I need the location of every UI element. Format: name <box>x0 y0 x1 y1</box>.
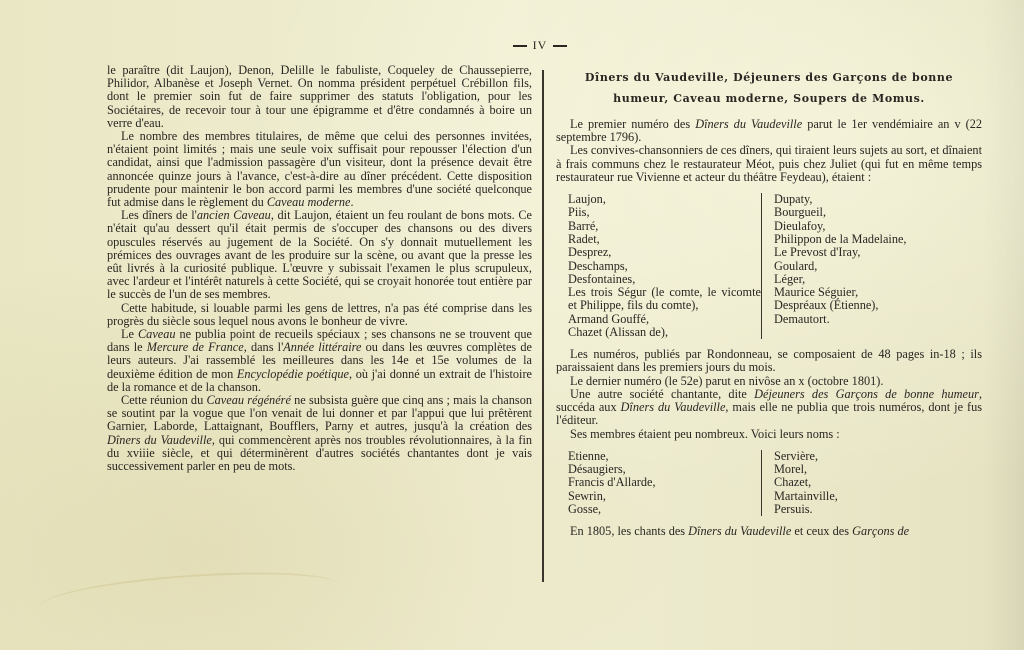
paragraph-text: Le <box>121 327 138 341</box>
paragraph-text: Les numéros, publiés par Rondonneau, se … <box>556 347 982 374</box>
paragraph-text: Le dernier numéro (le 52e) parut en nivô… <box>570 374 883 388</box>
paragraph-text: . <box>350 195 353 209</box>
paragraph: le paraître (dit Laujon), Denon, Delille… <box>107 64 532 130</box>
paragraph-text: Cette réunion du <box>121 393 206 407</box>
paragraph-text: Les dîners de l' <box>121 208 197 222</box>
paragraph: Une autre société chantante, dite Déjeun… <box>556 388 982 428</box>
member-list-left: Laujon, Piis, Barré, Radet, Desprez, Des… <box>556 193 761 339</box>
paragraph: Cette habitude, si louable parmi les gen… <box>107 302 532 328</box>
italic-text: Dîners du Vaudeville <box>621 400 726 414</box>
member-name: Martainville, <box>774 490 838 503</box>
member-name: Radet, <box>568 233 761 246</box>
member-name: Deschamps, <box>568 260 761 273</box>
member-name: Persuis. <box>774 503 838 516</box>
paragraph: Cette réunion du Caveau régénéré ne subs… <box>107 394 532 473</box>
book-page: IV le paraître (dit Laujon), Denon, Deli… <box>0 0 1024 650</box>
italic-text: Dîners du Vaudeville <box>107 433 212 447</box>
paragraph: Les dîners de l'ancien Caveau, dit Laujo… <box>107 209 532 301</box>
member-name: Despréaux (Étienne), <box>774 299 907 312</box>
italic-text: Déjeuners des Garçons de bonne humeur <box>754 387 979 401</box>
member-name: Barré, <box>568 220 761 233</box>
paragraph-text: En 1805, les chants des <box>570 524 688 538</box>
paragraph-text: Le premier numéro des <box>570 117 695 131</box>
paragraph: En 1805, les chants des Dîners du Vaudev… <box>556 525 982 538</box>
italic-text: Caveau moderne <box>267 195 351 209</box>
member-name: Armand Gouffé, <box>568 313 761 326</box>
left-column: le paraître (dit Laujon), Denon, Delille… <box>107 64 532 473</box>
member-list-2: Etienne, Désaugiers, Francis d'Allarde, … <box>556 450 982 516</box>
column-divider <box>542 70 544 582</box>
right-column: Dîners du Vaudeville, Déjeuners des Garç… <box>556 64 982 538</box>
paragraph-text: , dans l' <box>244 340 284 354</box>
member-name: Goulard, <box>774 260 907 273</box>
member-name: Piis, <box>568 206 761 219</box>
italic-text: ancien Caveau <box>197 208 271 222</box>
section-title-line: Dîners du Vaudeville, Déjeuners des Garç… <box>556 67 982 88</box>
paragraph: Les convives-chansonniers de ces dîners,… <box>556 144 982 184</box>
italic-text: Garçons de <box>852 524 909 538</box>
folio-text: IV <box>533 38 548 52</box>
paragraph-text: Cette habitude, si louable parmi les gen… <box>107 301 532 328</box>
italic-text: Encyclopédie poétique <box>237 367 349 381</box>
member-name: Bourgueil, <box>774 206 907 219</box>
paragraph-text: Les convives-chansonniers de ces dîners,… <box>556 143 982 183</box>
member-name: Chazet, <box>774 476 838 489</box>
italic-text: Mercure de France <box>147 340 244 354</box>
section-title-line: humeur, Caveau moderne, Soupers de Momus… <box>556 88 982 109</box>
member-name: Désaugiers, <box>568 463 761 476</box>
member-name: Philippon de la Madelaine, <box>774 233 907 246</box>
member-name: Gosse, <box>568 503 761 516</box>
member-name: Francis d'Allarde, <box>568 476 761 489</box>
member-name: Léger, <box>774 273 907 286</box>
paragraph: Le Caveau ne publia point de recueils sp… <box>107 328 532 394</box>
paragraph-text: et ceux des <box>791 524 852 538</box>
member-list-1: Laujon, Piis, Barré, Radet, Desprez, Des… <box>556 193 982 339</box>
paragraph: Le premier numéro des Dîners du Vaudevil… <box>556 118 982 144</box>
member-name: Morel, <box>774 463 838 476</box>
paragraph: Le nombre des membres titulaires, de mêm… <box>107 130 532 209</box>
page-number: IV <box>0 38 1024 53</box>
member-list-left: Etienne, Désaugiers, Francis d'Allarde, … <box>556 450 761 516</box>
section-title: Dîners du Vaudeville, Déjeuners des Garç… <box>556 67 982 109</box>
member-list-right: Servière, Morel, Chazet, Martainville, P… <box>761 450 838 516</box>
paper-stain <box>39 565 341 628</box>
member-name: Desprez, <box>568 246 761 259</box>
folio-dash-left <box>513 45 527 47</box>
paragraph: Les numéros, publiés par Rondonneau, se … <box>556 348 982 374</box>
member-name: Dupaty, <box>774 193 907 206</box>
paragraph-text: , dit Laujon, étaient un feu roulant de … <box>107 208 532 301</box>
paragraph-text: Une autre société chantante, dite <box>570 387 754 401</box>
italic-text: Dîners du Vaudeville <box>695 117 802 131</box>
member-name: Dieulafoy, <box>774 220 907 233</box>
paragraph-text: Ses membres étaient peu nombreux. Voici … <box>570 427 840 441</box>
member-name: Sewrin, <box>568 490 761 503</box>
member-name: Servière, <box>774 450 838 463</box>
member-name: Chazet (Alissan de), <box>568 326 761 339</box>
paragraph-text: le paraître (dit Laujon), Denon, Delille… <box>107 63 532 130</box>
member-name: Laujon, <box>568 193 761 206</box>
italic-text: Caveau régénéré <box>206 393 290 407</box>
italic-text: Année littéraire <box>283 340 361 354</box>
italic-text: Dîners du Vaudeville <box>688 524 791 538</box>
member-name: Le Prevost d'Iray, <box>774 246 907 259</box>
member-name: Etienne, <box>568 450 761 463</box>
member-name: Desfontaines, <box>568 273 761 286</box>
member-name: Les trois Ségur (le comte, le vicomte et… <box>556 286 761 313</box>
member-list-right: Dupaty, Bourgueil, Dieulafoy, Philippon … <box>761 193 907 339</box>
folio-dash-right <box>553 45 567 47</box>
member-name: Demautort. <box>774 313 907 326</box>
paragraph: Ses membres étaient peu nombreux. Voici … <box>556 428 982 441</box>
italic-text: Caveau <box>138 327 176 341</box>
member-name: Maurice Séguier, <box>774 286 907 299</box>
